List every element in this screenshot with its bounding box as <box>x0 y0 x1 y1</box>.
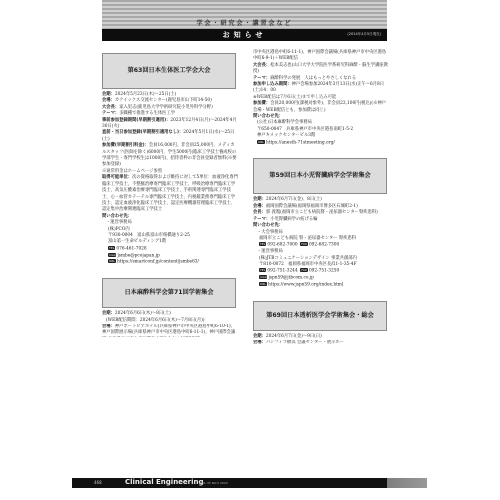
right-column: 市中央区港島中町6-11-1)、神戸国際会議場(兵庫県神戸市中央区港島中町6-9… <box>253 50 389 347</box>
contact-mail[interactable]: mailjsmbe@pcojapan.jp <box>102 253 238 260</box>
tel-icon: TEL <box>259 242 266 246</box>
document-page: 学会・研究会・講習会など お知らせ (2024年4月5日現在) 第63回日本生体… <box>0 0 500 500</box>
section-banner: 学会・研究会・講習会など <box>102 0 387 29</box>
spacer <box>102 266 238 278</box>
contact-tel: TEL076-461-7028 <box>102 246 238 253</box>
event-title-box: 第63回日本生体医工学会大会 <box>102 53 236 89</box>
volume-info: VOL.35 NO.5 2024 <box>200 481 228 485</box>
page-number: 468 <box>94 480 102 485</box>
event-row: 事前参加登録期間(早期割引適用)：2023年12月4日(月)～2024年4月30… <box>102 118 238 131</box>
event-row: 参加費：会員20,000円(課税対象外)、非会員23,100円(税込)(※神戸会… <box>253 101 389 114</box>
contact-mail[interactable]: mailjspn59@jtbcom.co.jp <box>253 275 389 282</box>
url-icon: URL <box>108 259 116 263</box>
event-title: 日本麻酔科学会第71回学術集会 <box>124 290 213 296</box>
page-footer: 468 Clinical Engineering VOL.35 NO.5 202… <box>72 478 387 488</box>
contact-tel-fax: TEL092-751-3244 FAX092-751-3250 <box>253 268 389 275</box>
event-row: 直前・当日参加登録(早期割引適用なし)：2024年5月1日(水)～25日(土) <box>102 130 238 143</box>
event-row: 会場：神戸ポートピアホテル(兵庫県神戸市中央区港島中町6-10-1)、神戸国際展… <box>102 324 238 337</box>
event-title: 第59回日本小児腎臓病学会学術集会 <box>269 173 370 179</box>
event-title: 第69回日本透析医学会学術集会・総会 <box>266 313 374 319</box>
event-row: 大会長：松本美志也(山口大学大学院医学系研究科麻酔・蘇生学講座教授) <box>253 63 389 76</box>
event-title-box: 第59回日本小児腎臓病学会学術集会 <box>253 158 387 194</box>
section-title-bar: お知らせ (2024年4月5日現在) <box>102 29 387 41</box>
event-row: 参加費(早期割引料金)：会員16,000円、非会員25,000円、メディカルスタ… <box>102 143 238 169</box>
spacer <box>253 146 389 158</box>
event-row: 参加申し込み期間：神戸会場参加2024年3月13日(水)正午～6月8日(土)14… <box>253 82 389 95</box>
mail-icon: mail <box>259 275 267 279</box>
left-column: 第63回日本生体医工学会大会 会期：2024年5月23日(木)～25日(土) 会… <box>102 53 238 337</box>
section-title: お知らせ <box>102 30 387 40</box>
mail-icon: mail <box>108 253 116 257</box>
contact-url[interactable]: URLhttps://anesth-71stmeeting.org/ <box>253 140 389 147</box>
banner-category: 学会・研究会・講習会など <box>102 18 387 27</box>
spacer <box>253 289 389 301</box>
contact-url[interactable]: URLhttps://www.jspn59.org/index.html <box>253 282 389 289</box>
contact-url[interactable]: URLhttps://smartconf.jp/content/jsmbe63/ <box>102 259 238 266</box>
url-icon: URL <box>259 282 267 286</box>
url-icon: URL <box>257 140 265 144</box>
as-of-date: (2024年4月5日現在) <box>347 32 381 37</box>
event-title-box: 日本麻酔科学会第71回学術集会 <box>102 278 236 308</box>
fax-icon: FAX <box>300 268 308 272</box>
fax-icon: FAX <box>300 242 308 246</box>
event-row: 会場：パシフィコ横浜 会議センター・展示ホー <box>253 340 389 346</box>
continued-venue: 市中央区港島中町6-11-1)、神戸国際会議場(兵庫県神戸市中央区港島中町6-9… <box>253 50 389 63</box>
event-row: 取得可能単位：次の資格取得および維持に対して5単位：血液浄化専門臨床工学技士、不… <box>102 175 238 213</box>
tel-icon: TEL <box>259 268 266 272</box>
tel-icon: TEL <box>108 246 115 250</box>
event-title: 第63回日本生体医工学会大会 <box>128 68 211 74</box>
event-title-box: 第69回日本透析医学会学術集会・総会 <box>253 301 387 331</box>
journal-title: Clinical Engineering <box>125 478 204 486</box>
